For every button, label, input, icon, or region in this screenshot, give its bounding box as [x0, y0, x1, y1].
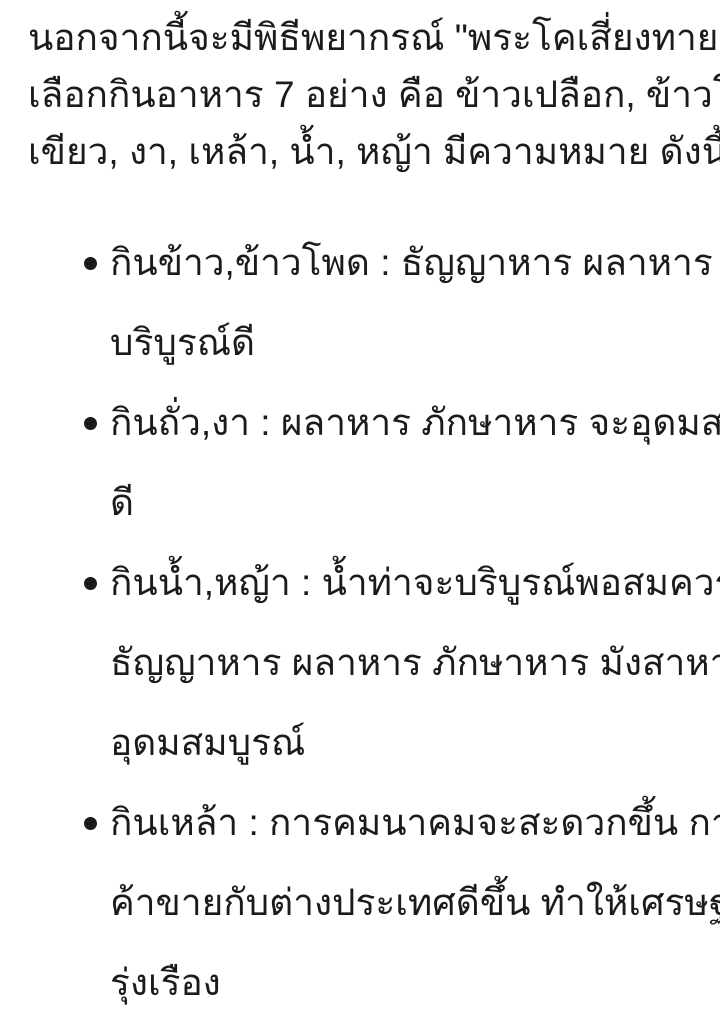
list-item-liquor: กินเหล้า : การคมนาคมจะสะดวกขึ้น การ ค้าข…: [0, 783, 720, 1023]
intro-paragraph: นอกจากนี้จะมีพิธีพยากรณ์ "พระโคเสี่ยงทาย…: [0, 0, 720, 180]
list-item-line: ธัญญาหาร ผลาหาร ภักษาหาร มังสาหาร จะ: [110, 623, 706, 703]
bullet-icon: [84, 257, 97, 270]
bullet-icon: [84, 417, 97, 430]
list-item-line: รุ่งเรือง: [110, 943, 706, 1023]
list-item-line: กินข้าว,ข้าวโพด : ธัญญาหาร ผลาหาร จะ: [110, 223, 706, 303]
list-item-line: กินน้ำ,หญ้า : น้ำท่าจะบริบูรณ์พอสมควร: [110, 543, 706, 623]
list-item-line: ดี: [110, 463, 706, 543]
bullet-icon: [84, 577, 97, 590]
list-item-water-grass: กินน้ำ,หญ้า : น้ำท่าจะบริบูรณ์พอสมควร ธั…: [0, 543, 720, 783]
intro-line: นอกจากนี้จะมีพิธีพยากรณ์ "พระโคเสี่ยงทาย…: [28, 9, 698, 66]
list-item-line: กินถั่ว,งา : ผลาหาร ภักษาหาร จะอุดมสมบูร…: [110, 383, 706, 463]
list-item-rice-corn: กินข้าว,ข้าวโพด : ธัญญาหาร ผลาหาร จะ บริ…: [0, 223, 720, 383]
intro-line: เลือกกินอาหาร 7 อย่าง คือ ข้าวเปลือก, ข้…: [28, 66, 698, 123]
list-item-bean-sesame: กินถั่ว,งา : ผลาหาร ภักษาหาร จะอุดมสมบูร…: [0, 383, 720, 543]
list-item-line: บริบูรณ์ดี: [110, 303, 706, 383]
bullet-icon: [84, 817, 97, 830]
meanings-list: กินข้าว,ข้าวโพด : ธัญญาหาร ผลาหาร จะ บริ…: [0, 223, 720, 1023]
list-item-line: ค้าขายกับต่างประเทศดีขึ้น ทำให้เศรษฐกิจ: [110, 863, 706, 943]
article-body: นอกจากนี้จะมีพิธีพยากรณ์ "พระโคเสี่ยงทาย…: [0, 0, 720, 1026]
list-item-line: กินเหล้า : การคมนาคมจะสะดวกขึ้น การ: [110, 783, 706, 863]
list-item-line: อุดมสมบูรณ์: [110, 703, 706, 783]
intro-line: เขียว, งา, เหล้า, น้ำ, หญ้า มีความหมาย ด…: [28, 123, 698, 180]
